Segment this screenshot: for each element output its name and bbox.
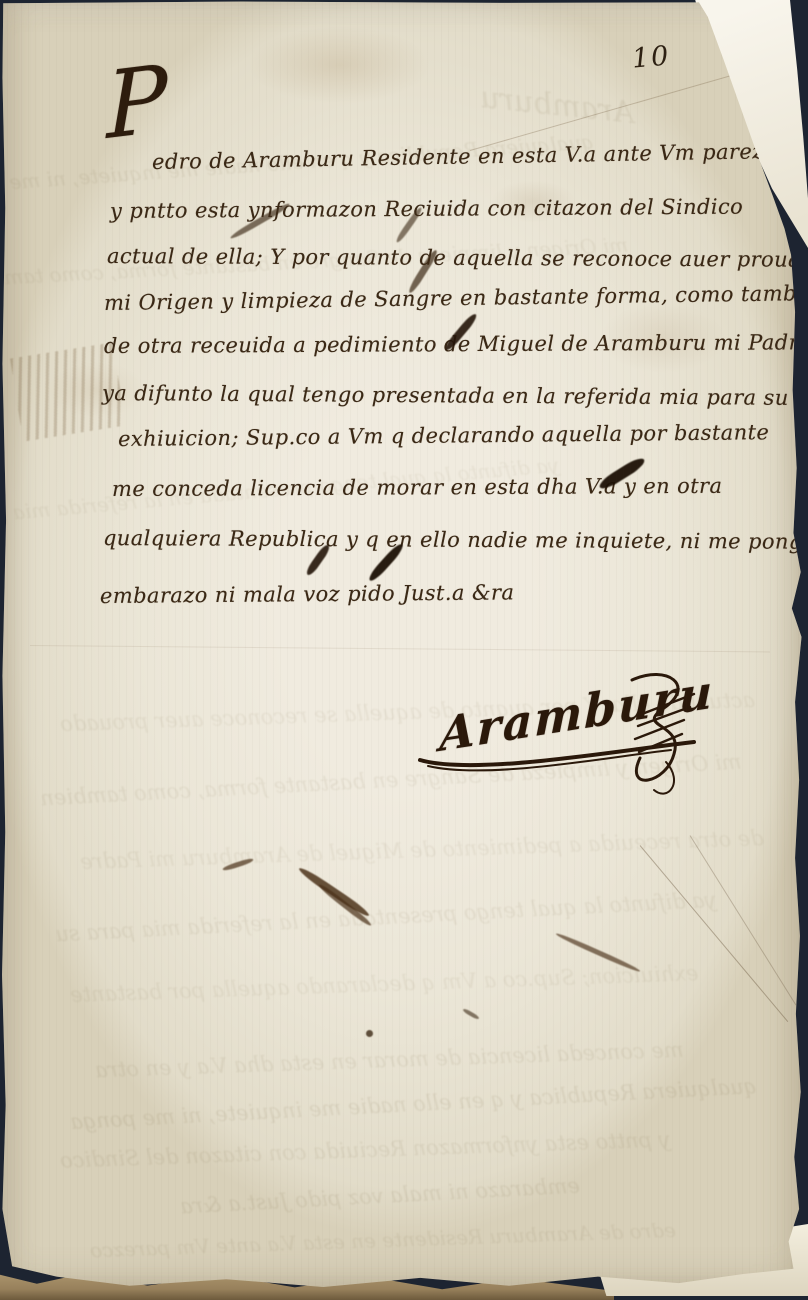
ink-smudge xyxy=(462,1008,480,1020)
bleedthrough-line: qualquiera Republica y q en ello nadie m… xyxy=(70,1074,758,1134)
text-line: embarazo ni mala voz pido Just.a &ra xyxy=(100,580,515,608)
text-line: y pntto esta ynformazon Reciuida con cit… xyxy=(110,195,743,223)
paper-crease xyxy=(30,645,770,652)
bleedthrough-line: ya difunto la qual tengo presentada en l… xyxy=(55,888,717,947)
bleedthrough-line: me conceda licencia de morar en esta dha… xyxy=(95,1038,684,1083)
initial-letter: P xyxy=(106,62,169,144)
bleedthrough-line: de otra receuida a pedimiento de Miguel … xyxy=(80,826,764,874)
page-number: 10 xyxy=(631,40,672,74)
paper-crease xyxy=(640,845,789,1022)
bleedthrough-line: exhiuicion; Sup.co a Vm q declarando aqu… xyxy=(70,961,699,1007)
ink-smudge xyxy=(555,932,641,974)
text-line: qualquiera Republica y q en ello nadie m… xyxy=(103,526,808,554)
text-line: ya difunto la qual tengo presentada en l… xyxy=(102,381,789,410)
bleedthrough-line: embarazo ni mala voz pido Just.a &ra xyxy=(180,1174,581,1219)
manuscript-paper: qualquiera Republica y q en ello nadie m… xyxy=(0,0,808,1300)
text-line: actual de ella; Y por quanto de aquella … xyxy=(107,244,808,272)
paper-crease xyxy=(690,835,797,1005)
bleedthrough-line: y pntto esta ynformazon Reciuida con cit… xyxy=(60,1127,671,1172)
ink-smudge xyxy=(222,857,254,872)
bleedthrough-flourish: Aramburu xyxy=(479,80,636,131)
ink-smudge xyxy=(317,882,373,927)
bleedthrough-line: edro de Aramburu Residente en esta V.a a… xyxy=(90,1218,677,1262)
ink-smudge xyxy=(366,1030,373,1037)
text-line: exhiuicion; Sup.co a Vm q declarando aqu… xyxy=(118,420,769,451)
text-line: me conceda licencia de morar en esta dha… xyxy=(112,474,722,501)
text-line: mi Origen y limpieza de Sangre en bastan… xyxy=(104,281,808,315)
scanned-manuscript-page: qualquiera Republica y q en ello nadie m… xyxy=(0,0,808,1300)
signature-block: Aramburu xyxy=(416,662,716,812)
text-line: edro de Aramburu Residente en esta V.a a… xyxy=(152,139,789,174)
